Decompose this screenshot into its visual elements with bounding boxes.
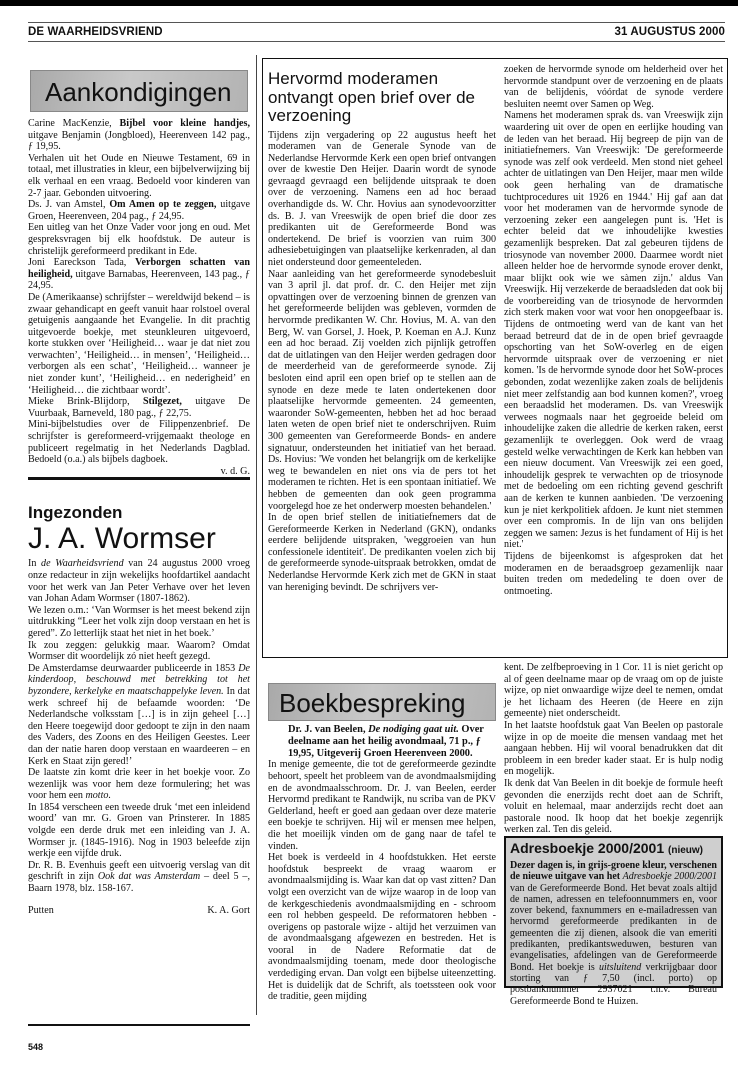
article-paragraph: Naar aanleiding van het gereformeerde sy… <box>268 269 496 512</box>
review-column-2: kent. De zelfbeproeving in 1 Cor. 11 is … <box>504 662 723 847</box>
address-book-notice: Adresboekje 2000/2001 (nieuw) Dezer dage… <box>504 836 723 988</box>
letter-place: Putten <box>28 905 54 916</box>
announcements-banner: Aankondigingen <box>30 70 248 112</box>
announcements-signature: v. d. G. <box>28 466 250 478</box>
letter-author: K. A. Gort <box>207 905 250 916</box>
column-divider <box>256 55 257 1015</box>
review-banner: Boekbespreking <box>268 683 496 721</box>
bottom-rule <box>28 1024 250 1026</box>
review-paragraph: In menige gemeente, die tot de gereforme… <box>268 759 496 852</box>
address-book-title: Adresboekje 2000/2001 (nieuw) <box>510 840 717 859</box>
review-paragraph: Ik denk dat Van Beelen in dit boekje de … <box>504 778 723 836</box>
section-divider <box>28 477 250 480</box>
announcement-description: Verhalen uit het Oude en Nieuwe Testamen… <box>28 153 250 199</box>
left-column: Aankondigingen Carine MacKenzie, Bijbel … <box>28 70 250 916</box>
publication-name: DE WAARHEIDSVRIEND <box>28 26 163 38</box>
article-paragraph: Tijdens de bijeenkomst is afgesproken da… <box>504 551 723 597</box>
review-paragraph: In het laatste hoofdstuk gaat Van Beelen… <box>504 720 723 778</box>
announcement-description: De (Amerikaanse) schrijfster – wereldwij… <box>28 292 250 396</box>
issue-date: 31 AUGUSTUS 2000 <box>615 26 725 38</box>
announcements-list: Carine MacKenzie, Bijbel voor kleine han… <box>28 118 250 477</box>
letter-signature: Putten K. A. Gort <box>28 905 250 916</box>
article-paragraph: Tijdens zijn vergadering op 22 augustus … <box>268 130 496 269</box>
article-paragraph: zoeken de hervormde synode om helderheid… <box>504 64 723 110</box>
letter-kicker: Ingezonden <box>28 504 250 522</box>
review-paragraph: kent. De zelfbeproeving in 1 Cor. 11 is … <box>504 662 723 720</box>
review-book-heading: Dr. J. van Beelen, De nodiging gaat uit.… <box>268 724 496 759</box>
review-column-1: Dr. J. van Beelen, De nodiging gaat uit.… <box>268 724 496 1003</box>
announcement-item: Joni Eareckson Tada, Verborgen schatten … <box>28 257 250 292</box>
article-paragraph: In de open brief stellen de initiatiefne… <box>268 512 496 593</box>
address-book-body: Dezer dagen is, in grijs-groene kleur, v… <box>510 860 717 1007</box>
announcement-description: Een uitleg van het Onze Vader voor jong … <box>28 222 250 257</box>
letter-title: J. A. Wormser <box>28 522 250 556</box>
article-title: Hervormd moderamen ontvangt open brief o… <box>268 70 496 126</box>
article-column-2: zoeken de hervormde synode om helderheid… <box>504 64 723 597</box>
announcement-description: Mini-bijbelstudies over de Filippenzenbr… <box>28 419 250 465</box>
top-border <box>0 0 738 6</box>
review-paragraph: Het boek is verdeeld in 4 hoofdstukken. … <box>268 852 496 1003</box>
article-column-1: Hervormd moderamen ontvangt open brief o… <box>268 64 496 593</box>
announcement-item: Mieke Brink-Blijdorp, Stilgezet, uitgave… <box>28 396 250 419</box>
letter-body: In de Waarheidsvriend van 24 augustus 20… <box>28 558 250 894</box>
announcement-item: Carine MacKenzie, Bijbel voor kleine han… <box>28 118 250 153</box>
article-paragraph: Namens het moderamen sprak ds. van Vrees… <box>504 110 723 551</box>
page-number: 548 <box>28 1042 43 1052</box>
announcement-item: Ds. J. van Amstel, Om Amen op te zeggen,… <box>28 199 250 222</box>
masthead: DE WAARHEIDSVRIEND 31 AUGUSTUS 2000 <box>28 22 725 42</box>
